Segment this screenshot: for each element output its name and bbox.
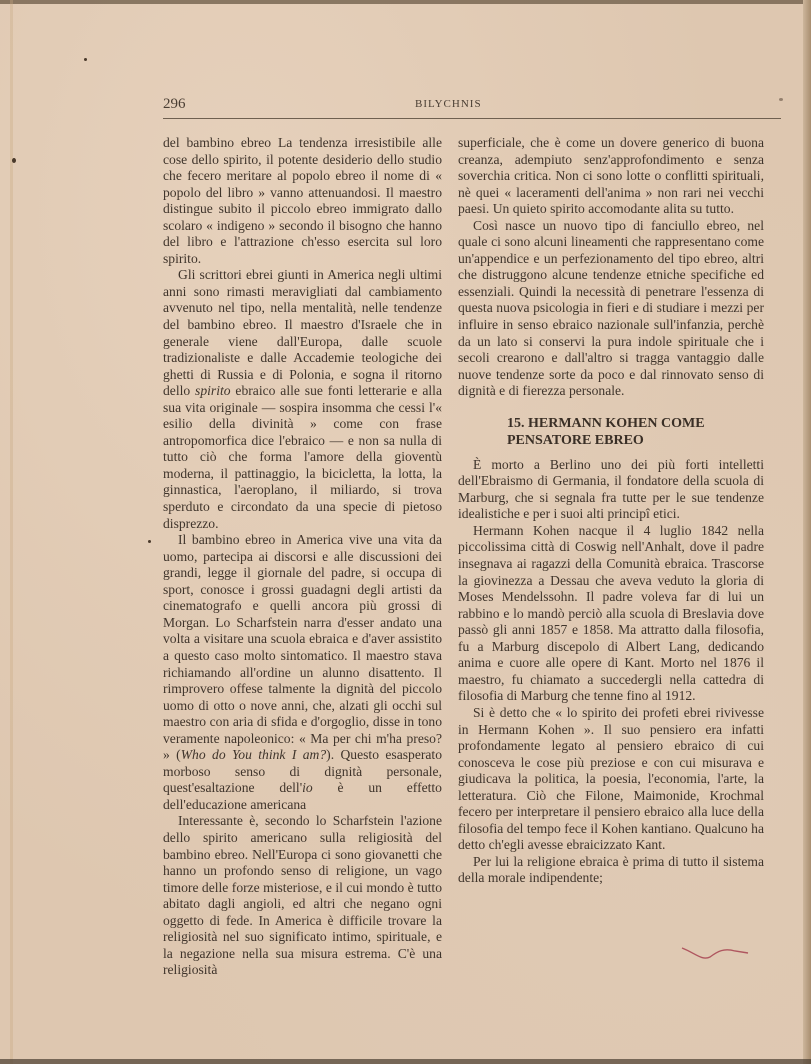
paragraph: Si è detto che « lo spirito dei profeti … xyxy=(458,705,764,854)
paragraph-text: superficiale, che è come un dovere gener… xyxy=(458,135,764,216)
pencil-mark-icon xyxy=(680,945,750,965)
section-heading-line: 15. HERMANN KOHEN COME xyxy=(507,415,764,432)
paragraph: Per lui la religione ebraica è prima di … xyxy=(458,854,764,887)
italic-quote: Who do You think I am? xyxy=(181,747,326,762)
italic-term: spirito xyxy=(195,383,231,398)
paragraph: Hermann Kohen nacque il 4 luglio 1842 ne… xyxy=(458,523,764,705)
paragraph-text: È morto a Berlino uno dei più forti inte… xyxy=(458,457,764,522)
paper-speck xyxy=(84,58,87,61)
running-title: BILYCHNIS xyxy=(415,98,482,110)
section-heading: 15. HERMANN KOHEN COME PENSATORE EBREO xyxy=(458,415,764,449)
section-heading-line: PENSATORE EBREO xyxy=(507,432,764,449)
page-right-edge xyxy=(803,0,811,1064)
right-column: superficiale, che è come un dovere gener… xyxy=(458,135,764,887)
paper-speck xyxy=(12,158,16,163)
paper-speck xyxy=(148,540,151,543)
paragraph: superficiale, che è come un dovere gener… xyxy=(458,135,764,218)
page-bottom-edge xyxy=(0,1059,811,1064)
paragraph: del bambino ebreo La tendenza irresistib… xyxy=(163,135,442,267)
paragraph-text: Gli scrittori ebrei giunti in America ne… xyxy=(163,267,442,398)
page-top-edge xyxy=(0,0,811,4)
paragraph: Il bambino ebreo in America vive una vit… xyxy=(163,532,442,813)
paragraph: È morto a Berlino uno dei più forti inte… xyxy=(458,457,764,523)
paragraph: Gli scrittori ebrei giunti in America ne… xyxy=(163,267,442,532)
paragraph: Così nasce un nuovo tipo di fanciullo eb… xyxy=(458,218,764,400)
scanned-page: 296 BILYCHNIS del bambino ebreo La tende… xyxy=(0,0,811,1064)
page-header: 296 BILYCHNIS xyxy=(163,96,781,116)
page-number: 296 xyxy=(163,96,186,113)
paragraph-text: Hermann Kohen nacque il 4 luglio 1842 ne… xyxy=(458,523,764,703)
paragraph-text: ebraico alle sue fonti letterarie e alla… xyxy=(163,383,442,530)
paragraph-text: Interessante è, secondo lo Scharfstein l… xyxy=(163,813,442,977)
header-rule xyxy=(163,118,781,119)
italic-term: io xyxy=(302,780,313,795)
paragraph-text: Così nasce un nuovo tipo di fanciullo eb… xyxy=(458,218,764,398)
paragraph-text: Il bambino ebreo in America vive una vit… xyxy=(163,532,442,762)
paragraph-text: del bambino ebreo La tendenza irresistib… xyxy=(163,135,442,266)
paragraph-text: Per lui la religione ebraica è prima di … xyxy=(458,854,764,886)
paragraph: Interessante è, secondo lo Scharfstein l… xyxy=(163,813,442,978)
left-column: del bambino ebreo La tendenza irresistib… xyxy=(163,135,442,979)
paragraph-text: Si è detto che « lo spirito dei profeti … xyxy=(458,705,764,852)
